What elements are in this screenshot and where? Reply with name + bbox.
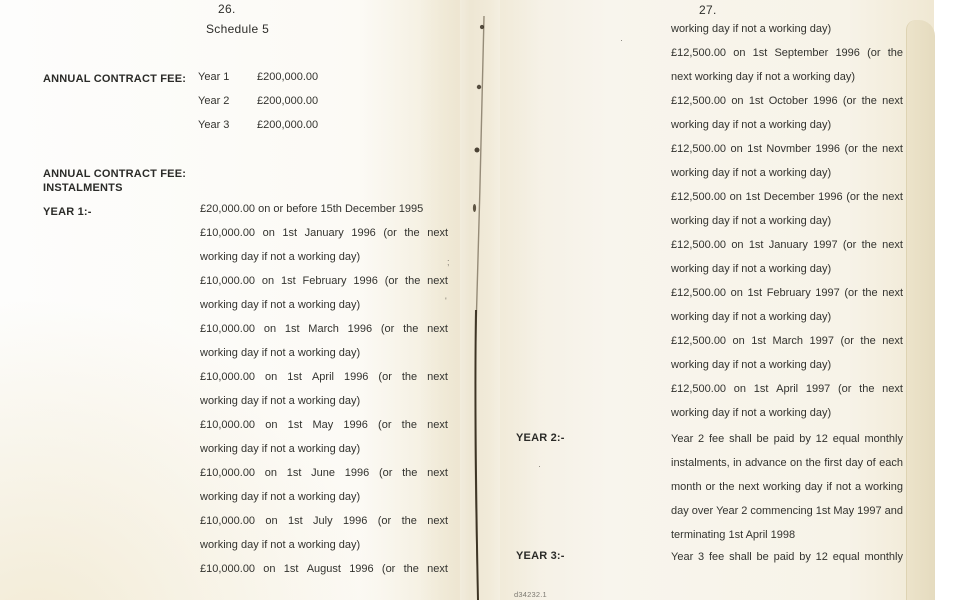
fee-year-label: Year 1	[198, 65, 229, 89]
document-text-line: working day if not a working day)	[671, 161, 903, 185]
year1-instalment-lines: £20,000.00 on or before 15th December 19…	[200, 197, 448, 581]
fee-amount: £200,000.00	[257, 89, 318, 113]
document-text-line: £10,000.00on1stApril1996(orthenext	[200, 365, 448, 389]
fee-row: Year 3£200,000.00	[198, 113, 448, 137]
schedule-heading: Schedule 5	[206, 22, 269, 36]
scan-artifact: ;	[447, 258, 450, 267]
document-text-line: £12,500.00on1stOctober1996(orthenext	[671, 89, 903, 113]
fee-year-label: Year 3	[198, 113, 229, 137]
document-text-line: terminating 1st April 1998	[671, 523, 903, 547]
year3-label: YEAR 3:-	[516, 544, 565, 568]
document-text-line: working day if not a working day)	[200, 293, 448, 317]
document-text-line: £12,500.00on1stSeptember1996(orthe	[671, 41, 903, 65]
document-text-line: working day if not a working day)	[200, 485, 448, 509]
instalments-label: ANNUAL CONTRACT FEE: INSTALMENTS	[43, 167, 186, 195]
fee-table: Year 1£200,000.00Year 2£200,000.00Year 3…	[198, 65, 448, 137]
document-text-line: £20,000.00 on or before 15th December 19…	[200, 197, 448, 221]
page-number: 26.	[218, 2, 236, 16]
document-text-line: monthorthenextworkingdayifnotaworking	[671, 475, 903, 499]
document-text-line: £10,000.00on1stAugust1996(orthenext	[200, 557, 448, 581]
document-text-line: instalments,inadvanceonthefirstdayofeach	[671, 451, 903, 475]
scan-artifact: '	[445, 297, 447, 306]
year1-label: YEAR 1:-	[43, 200, 92, 224]
document-text-line: £10,000.00on1stJanuary1996(orthenext	[200, 221, 448, 245]
fee-amount: £200,000.00	[257, 65, 318, 89]
document-text-line: working day if not a working day)	[200, 341, 448, 365]
fee-row: Year 1£200,000.00	[198, 65, 448, 89]
document-text-line: Year3feeshallbepaidby12equalmonthly	[671, 545, 903, 569]
document-text-line: working day if not a working day)	[671, 353, 903, 377]
page-edge-strip	[906, 20, 935, 600]
year3-payment-terms: Year3feeshallbepaidby12equalmonthly	[671, 545, 903, 569]
document-text-line: working day if not a working day)	[671, 257, 903, 281]
scanned-contract-document: 26. Schedule 5 ANNUAL CONTRACT FEE: Year…	[0, 0, 960, 600]
document-text-line: working day if not a working day)	[200, 389, 448, 413]
fee-row: Year 2£200,000.00	[198, 89, 448, 113]
document-text-line: working day if not a working day)	[200, 245, 448, 269]
document-text-line: £12,500.00on1stDecember1996(orthenext	[671, 185, 903, 209]
document-text-line: £10,000.00on1stMay1996(orthenext	[200, 413, 448, 437]
document-text-line: £12,500.00on1stMarch1997(orthenext	[671, 329, 903, 353]
document-text-line: £10,000.00on1stMarch1996(orthenext	[200, 317, 448, 341]
year2-label: YEAR 2:-	[516, 426, 565, 450]
year2-payment-terms: Year2feeshallbepaidby12equalmonthlyinsta…	[671, 427, 903, 547]
instalments-label-line2: INSTALMENTS	[43, 181, 186, 195]
fee-year-label: Year 2	[198, 89, 229, 113]
instalments-label-line1: ANNUAL CONTRACT FEE:	[43, 167, 186, 181]
document-text-line: working day if not a working day)	[671, 305, 903, 329]
document-text-line: working day if not a working day)	[671, 401, 903, 425]
document-text-line: dayoverYear2commencing1stMay1997and	[671, 499, 903, 523]
document-text-line: £12,500.00on1stJanuary1997(orthenext	[671, 233, 903, 257]
document-text-line: £12,500.00on1stApril1997(orthenext	[671, 377, 903, 401]
year1-instalment-lines-continued: working day if not a working day)£12,500…	[671, 17, 903, 425]
document-text-line: £12,500.00on1stFebruary1997(orthenext	[671, 281, 903, 305]
scan-artifact: ·	[620, 36, 623, 45]
document-text-line: £10,000.00on1stFebruary1996(orthenext	[200, 269, 448, 293]
document-text-line: £10,000.00on1stJuly1996(orthenext	[200, 509, 448, 533]
annual-contract-fee-label: ANNUAL CONTRACT FEE:	[43, 69, 186, 89]
document-text-line: working day if not a working day)	[671, 209, 903, 233]
document-text-line: working day if not a working day)	[671, 17, 903, 41]
document-text-line: £12,500.00on1stNovmber1996(orthenext	[671, 137, 903, 161]
document-text-line: working day if not a working day)	[671, 113, 903, 137]
fee-amount: £200,000.00	[257, 113, 318, 137]
document-text-line: Year2feeshallbepaidby12equalmonthly	[671, 427, 903, 451]
document-reference-number: d34232.1	[514, 590, 547, 599]
page-number: 27.	[699, 3, 717, 17]
document-text-line: working day if not a working day)	[200, 533, 448, 557]
document-text-line: working day if not a working day)	[200, 437, 448, 461]
scan-artifact: ·	[538, 462, 541, 471]
document-text-line: £10,000.00on1stJune1996(orthenext	[200, 461, 448, 485]
document-text-line: next working day if not a working day)	[671, 65, 903, 89]
